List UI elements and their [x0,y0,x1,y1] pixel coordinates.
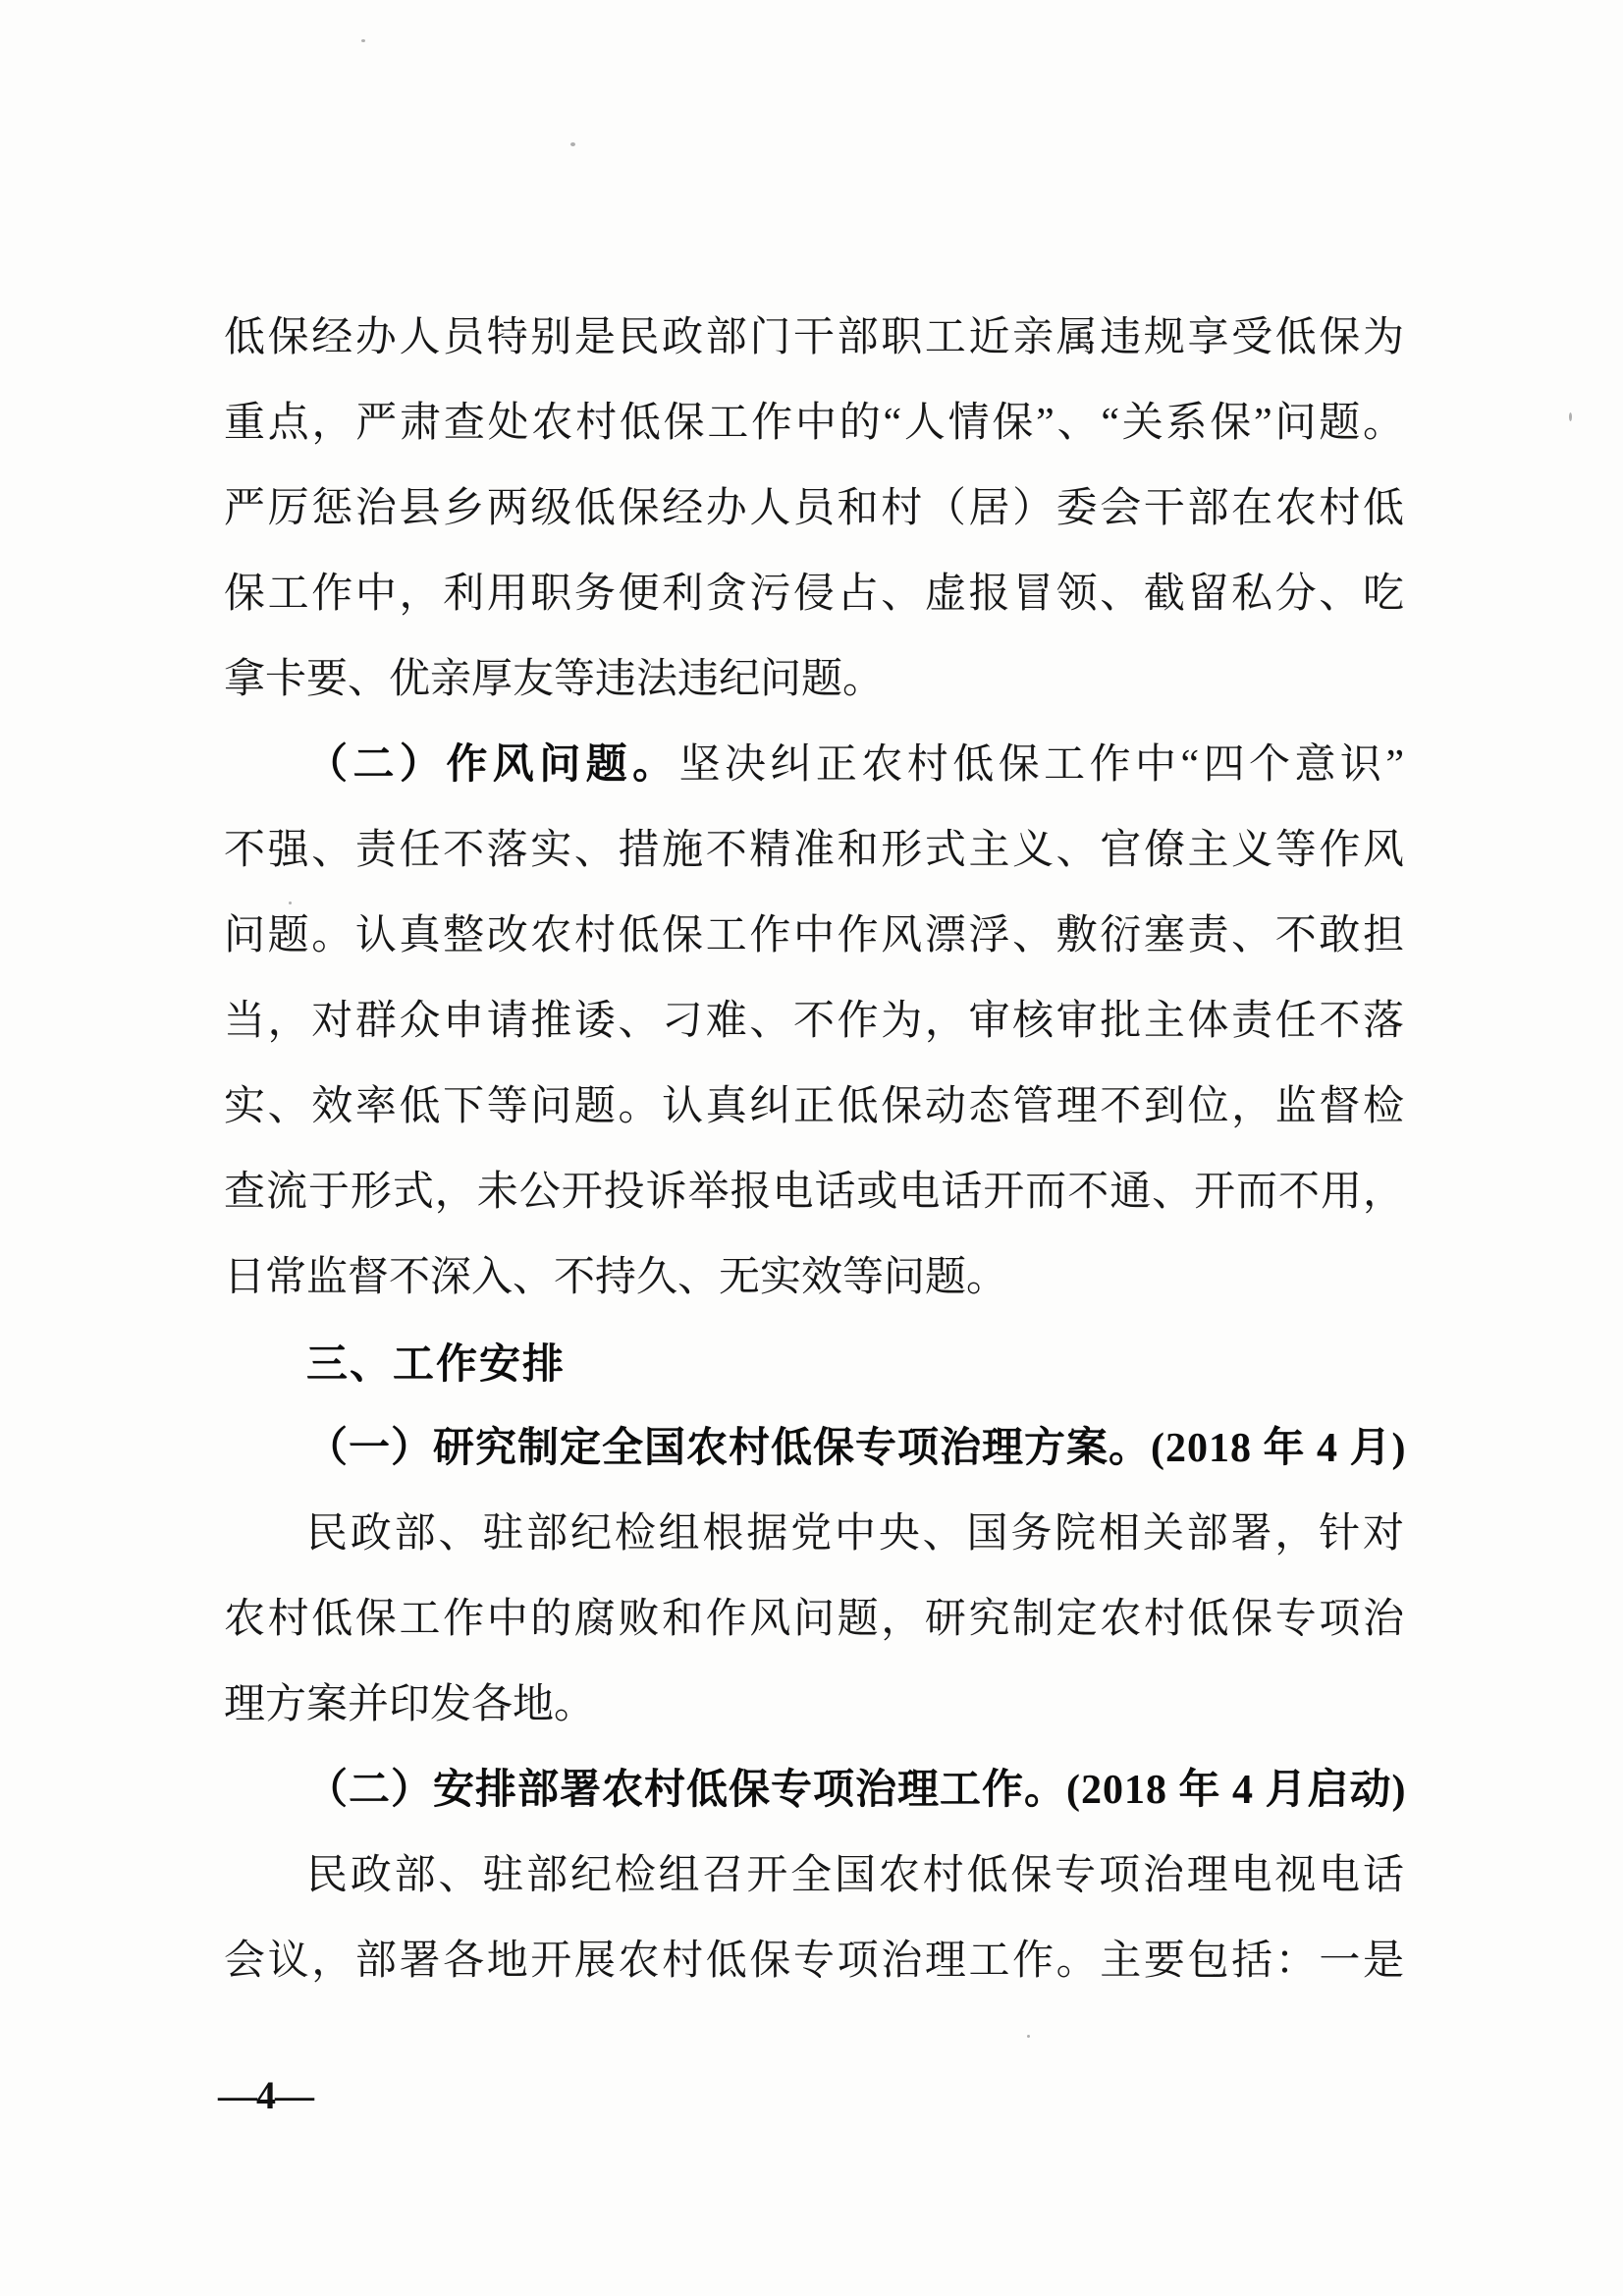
text-line: 拿卡要、优亲厚友等违法违纪问题。 [224,637,1404,723]
text-line: 严厉惩治县乡两级低保经办人员和村（居）委会干部在农村低 [224,466,1404,552]
text-run: 问题。认真整改农村低保工作中作风漂浮、敷衍塞责、不敢担 [224,913,1404,958]
text-line: 民政部、驻部纪检组召开全国农村低保专项治理电视电话 [224,1833,1404,1919]
page-number: —4— [218,2070,313,2121]
text-line: 民政部、驻部纪检组根据党中央、国务院相关部署，针对 [224,1492,1404,1577]
text-run: 理方案并印发各地。 [224,1682,595,1727]
scan-speck [289,902,292,904]
text-run: 低保经办人员特别是民政部门干部职工近亲属违规享受低保为 [224,315,1404,360]
text-line: （一）研究制定全国农村低保专项治理方案。(2018 年 4 月) [224,1406,1404,1492]
text-run: 坚决纠正农村低保工作中“四个意识” [679,742,1404,788]
text-line: 查流于形式，未公开投诉举报电话或电话开而不通、开而不用， [224,1150,1404,1235]
text-line: 重点，严肃查处农村低保工作中的“人情保”、“关系保”问题。 [224,381,1404,466]
scan-speck [361,39,365,42]
text-run: 保工作中，利用职务便利贪污侵占、虚报冒领、截留私分、吃 [224,572,1404,617]
text-line: 保工作中，利用职务便利贪污侵占、虚报冒领、截留私分、吃 [224,552,1404,637]
text-line: 不强、责任不落实、措施不精准和形式主义、官僚主义等作风 [224,808,1404,894]
scan-speck [570,142,575,146]
bold-text-run: （二）安排部署农村低保专项治理工作。(2018 年 4 月启动) [306,1768,1406,1813]
text-line: 问题。认真整改农村低保工作中作风漂浮、敷衍塞责、不敢担 [224,894,1404,979]
bold-text-run: （二）作风问题。 [306,742,679,788]
text-run: 民政部、驻部纪检组召开全国农村低保专项治理电视电话 [306,1853,1404,1898]
scan-speck [1569,412,1572,421]
text-run: 农村低保工作中的腐败和作风问题，研究制定农村低保专项治 [224,1597,1404,1642]
text-run: 重点，严肃查处农村低保工作中的“人情保”、“关系保”问题。 [224,401,1404,446]
bold-text-run: 三、工作安排 [306,1340,566,1387]
text-line: （二）作风问题。坚决纠正农村低保工作中“四个意识” [224,723,1404,808]
text-run: 日常监督不深入、不持久、无实效等问题。 [224,1255,1007,1300]
scanned-document-page: 低保经办人员特别是民政部门干部职工近亲属违规享受低保为重点，严肃查处农村低保工作… [0,0,1623,2296]
text-run: 实、效率低下等问题。认真纠正低保动态管理不到位，监督检 [224,1084,1404,1129]
scan-speck [1027,2035,1030,2038]
scan-speck [1164,1530,1167,1538]
text-line: 日常监督不深入、不持久、无实效等问题。 [224,1235,1404,1321]
text-line: 低保经办人员特别是民政部门干部职工近亲属违规享受低保为 [224,296,1404,381]
text-line: 理方案并印发各地。 [224,1663,1404,1748]
text-line: 会议，部署各地开展农村低保专项治理工作。主要包括：一是 [224,1919,1404,2004]
text-run: 严厉惩治县乡两级低保经办人员和村（居）委会干部在农村低 [224,486,1404,531]
text-line: 当，对群众申请推诿、刁难、不作为，审核审批主体责任不落 [224,979,1404,1065]
text-line: （二）安排部署农村低保专项治理工作。(2018 年 4 月启动) [224,1748,1404,1833]
text-run: 民政部、驻部纪检组根据党中央、国务院相关部署，针对 [306,1511,1404,1557]
text-line: 农村低保工作中的腐败和作风问题，研究制定农村低保专项治 [224,1577,1404,1663]
text-run: 查流于形式，未公开投诉举报电话或电话开而不通、开而不用， [224,1170,1404,1215]
document-body: 低保经办人员特别是民政部门干部职工近亲属违规享受低保为重点，严肃查处农村低保工作… [224,296,1404,2004]
text-line: 三、工作安排 [224,1321,1404,1406]
bold-text-run: （一）研究制定全国农村低保专项治理方案。(2018 年 4 月) [306,1426,1406,1471]
text-run: 当，对群众申请推诿、刁难、不作为，审核审批主体责任不落 [224,999,1404,1044]
text-run: 不强、责任不落实、措施不精准和形式主义、官僚主义等作风 [224,828,1404,873]
text-run: 拿卡要、优亲厚友等违法违纪问题。 [224,657,884,702]
text-line: 实、效率低下等问题。认真纠正低保动态管理不到位，监督检 [224,1065,1404,1150]
text-run: 会议，部署各地开展农村低保专项治理工作。主要包括：一是 [224,1939,1404,1984]
